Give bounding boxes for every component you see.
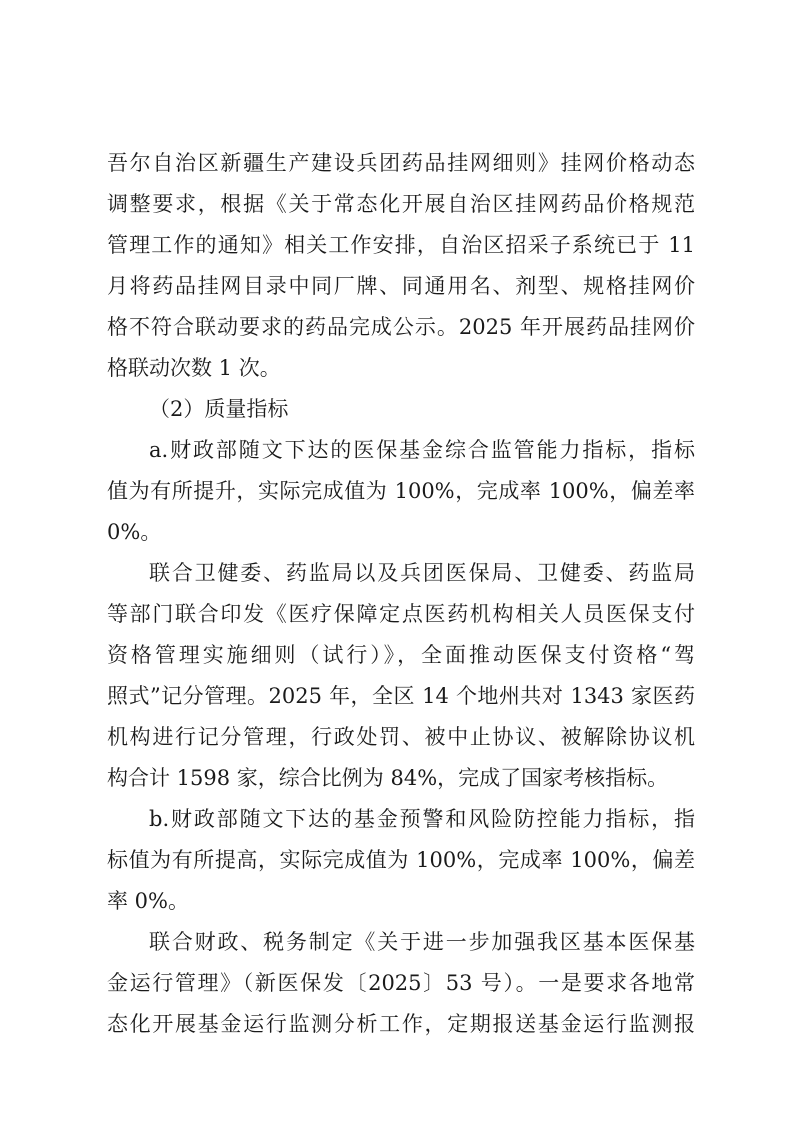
text-line: b.财政部随文下达的基金预警和风险防控能力指标，指 <box>107 799 695 840</box>
text-line: 等部门联合印发《医疗保障定点医药机构相关人员医保支付 <box>107 594 695 635</box>
text-line: a.财政部随文下达的医保基金综合监管能力指标，指标 <box>107 430 695 471</box>
text-line: 态化开展基金运行监测分析工作，定期报送基金运行监测报 <box>107 1004 695 1045</box>
text-line: 值为有所提升，实际完成值为 100%，完成率 100%，偏差率 <box>107 471 695 512</box>
section-heading-quality-indicators: （2）质量指标 <box>107 389 695 430</box>
text-line: 管理工作的通知》相关工作安排，自治区招采子系统已于 11 <box>107 225 695 266</box>
text-line: 月将药品挂网目录中同厂牌、同通用名、剂型、规格挂网价 <box>107 266 695 307</box>
document-page: 吾尔自治区新疆生产建设兵团药品挂网细则》挂网价格动态 调整要求，根据《关于常态化… <box>107 143 695 1045</box>
text-line: 吾尔自治区新疆生产建设兵团药品挂网细则》挂网价格动态 <box>107 143 695 184</box>
text-line: 调整要求，根据《关于常态化开展自治区挂网药品价格规范 <box>107 184 695 225</box>
text-line: 构合计 1598 家，综合比例为 84%，完成了国家考核指标。 <box>107 758 695 799</box>
text-line: 联合财政、税务制定《关于进一步加强我区基本医保基 <box>107 922 695 963</box>
text-line: 标值为有所提高，实际完成值为 100%，完成率 100%，偏差 <box>107 840 695 881</box>
text-line: 照式”记分管理。2025 年，全区 14 个地州共对 1343 家医药 <box>107 676 695 717</box>
text-line: 格联动次数 1 次。 <box>107 348 695 389</box>
text-line: 资格管理实施细则（试行）》，全面推动医保支付资格“驾 <box>107 635 695 676</box>
text-line: 0%。 <box>107 512 695 553</box>
text-line: 率 0%。 <box>107 881 695 922</box>
text-line: 联合卫健委、药监局以及兵团医保局、卫健委、药监局 <box>107 553 695 594</box>
text-line: 金运行管理》（新医保发〔2025〕53 号）。一是要求各地常 <box>107 963 695 1004</box>
text-line: 格不符合联动要求的药品完成公示。2025 年开展药品挂网价 <box>107 307 695 348</box>
text-line: 机构进行记分管理，行政处罚、被中止协议、被解除协议机 <box>107 717 695 758</box>
